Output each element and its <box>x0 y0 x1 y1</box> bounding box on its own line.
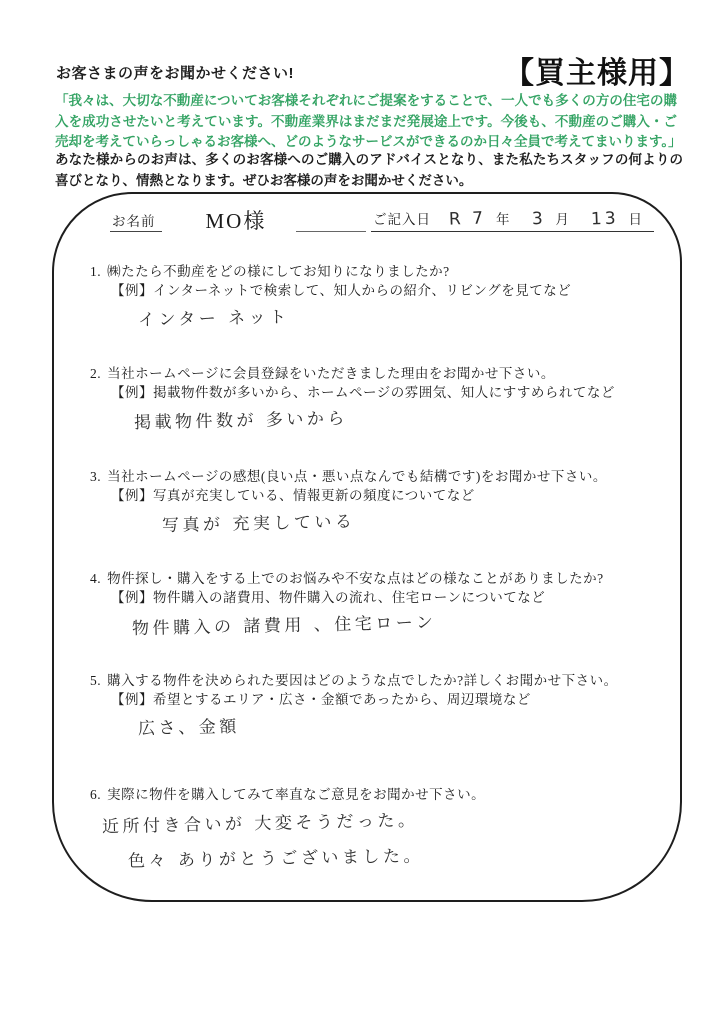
question-6-label: 実際に物件を購入してみて率直なご意見をお聞かせ下さい。 <box>107 787 485 802</box>
survey-sheet: お客さまの声をお聞かせください! 【買主様用】 「我々は、大切な不動産についてお… <box>0 0 724 1024</box>
question-6-handwritten-answer-line2: 色々 ありがとうございました。 <box>128 841 424 871</box>
question-3-example: 【例】写真が充実している、情報更新の頻度についてなど <box>111 486 652 505</box>
question-3-number: 3. <box>90 467 101 486</box>
question-5-number: 5. <box>90 671 101 690</box>
question-4-handwritten-answer: 物件購入の 諸費用 、住宅ローン <box>132 613 437 641</box>
date-label: ご記入日 <box>373 208 431 228</box>
question-5-label: 購入する物件を決められた要因はどのような点でしたか?詳しくお聞かせ下さい。 <box>107 673 618 688</box>
question-1-label: ㈱たたら不動産をどの様にしてお知りになりましたか? <box>107 264 450 279</box>
question-3-block: 3.当社ホームページの感想(良い点・悪い点なんでも結構です)をお聞かせ下さい。 … <box>90 467 652 535</box>
name-value: MO様 <box>206 211 267 232</box>
question-6-handwritten-answer-line1: 近所付き合いが 大変そうだった。 <box>102 811 419 839</box>
name-date-row: お名前 MO様 ご記入日 R 7 年 3 月 13 日 <box>110 208 654 232</box>
question-1-block: 1.㈱たたら不動産をどの様にしてお知りになりましたか? 【例】インターネットで検… <box>90 262 652 330</box>
question-2-label: 当社ホームページに会員登録をいただきました理由をお聞かせ下さい。 <box>107 366 555 381</box>
intro-text: あなた様からのお声は、多くのお客様へのご購入のアドバイスとなり、また私たちスタッ… <box>55 150 683 191</box>
audience-badge: 【買主様用】 <box>504 48 690 92</box>
question-4-label: 物件探し・購入をする上でのお悩みや不安な点はどの様なことがありましたか? <box>107 571 604 586</box>
question-5-block: 5.購入する物件を決められた要因はどのような点でしたか?詳しくお聞かせ下さい。 … <box>90 671 652 739</box>
question-list: 1.㈱たたら不動産をどの様にしてお知りになりましたか? 【例】インターネットで検… <box>54 232 680 869</box>
question-5-handwritten-answer: 広さ、金額 <box>138 717 240 740</box>
question-5-example: 【例】希望とするエリア・広さ・金額であったから、周辺環境など <box>111 690 652 709</box>
question-4-text: 4.物件探し・購入をする上でのお悩みや不安な点はどの様なことがありましたか? <box>90 569 652 588</box>
question-3-text: 3.当社ホームページの感想(良い点・悪い点なんでも結構です)をお聞かせ下さい。 <box>90 467 652 486</box>
question-2-example: 【例】掲載物件数が多いから、ホームページの雰囲気、知人にすすめられてなど <box>111 383 652 402</box>
question-6-answers: 近所付き合いが 大変そうだった。 色々 ありがとうございました。 <box>90 804 652 868</box>
question-4-number: 4. <box>90 569 101 588</box>
question-2-text: 2.当社ホームページに会員登録をいただきました理由をお聞かせ下さい。 <box>90 364 652 383</box>
question-6-number: 6. <box>90 785 101 804</box>
question-1-text: 1.㈱たたら不動産をどの様にしてお知りになりましたか? <box>90 262 652 281</box>
question-4-block: 4.物件探し・購入をする上でのお悩みや不安な点はどの様なことがありましたか? 【… <box>90 569 652 637</box>
question-2-number: 2. <box>90 364 101 383</box>
date-era-year-handwritten: R 7 <box>449 210 487 228</box>
question-1-example: 【例】インターネットで検索して、知人からの紹介、リビングを見てなど <box>111 281 652 300</box>
date-day-handwritten: 13 <box>591 211 619 229</box>
year-unit: 年 <box>496 208 510 228</box>
name-label: お名前 <box>110 210 162 232</box>
question-2-handwritten-answer: 掲載物件数が 多いから <box>134 409 348 435</box>
question-1-number: 1. <box>90 262 101 281</box>
date-month-handwritten: 3 <box>531 211 545 228</box>
question-5-text: 5.購入する物件を決められた要因はどのような点でしたか?詳しくお聞かせ下さい。 <box>90 671 652 690</box>
company-quote: 「我々は、大切な不動産についてお客様それぞれにご提案をすることで、一人でも多くの… <box>55 91 677 153</box>
question-6-block: 6.実際に物件を購入してみて率直なご意見をお聞かせ下さい。 近所付き合いが 大変… <box>90 785 652 868</box>
month-unit: 月 <box>555 208 569 228</box>
page-title: お客さまの声をお聞かせください! <box>56 62 294 83</box>
question-1-handwritten-answer: インター ネット <box>138 307 290 331</box>
form-sheet: お名前 MO様 ご記入日 R 7 年 3 月 13 日 1.㈱たたら不動産をどの… <box>52 192 682 902</box>
header: お客さまの声をお聞かせください! 【買主様用】 <box>56 48 690 92</box>
day-unit: 日 <box>629 208 643 228</box>
question-2-block: 2.当社ホームページに会員登録をいただきました理由をお聞かせ下さい。 【例】掲載… <box>90 364 652 432</box>
question-6-text: 6.実際に物件を購入してみて率直なご意見をお聞かせ下さい。 <box>90 785 652 804</box>
question-3-handwritten-answer: 写真が 充実している <box>162 511 356 536</box>
name-underline <box>296 218 366 232</box>
question-3-label: 当社ホームページの感想(良い点・悪い点なんでも結構です)をお聞かせ下さい。 <box>107 469 607 484</box>
date-field: ご記入日 R 7 年 3 月 13 日 <box>371 208 654 232</box>
question-4-example: 【例】物件購入の諸費用、物件購入の流れ、住宅ローンについてなど <box>111 588 652 607</box>
